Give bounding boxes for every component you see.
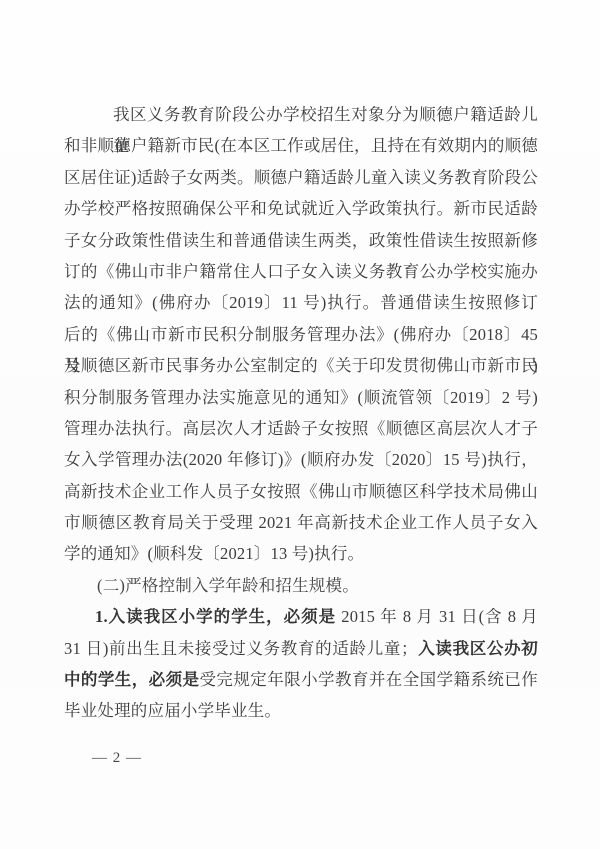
- text-segment: (二)严格控制入学年龄和招生规模。: [97, 576, 359, 595]
- text-line: 法的通知》(佛府办〔2019〕11 号)执行。普通借读生按照修订: [64, 287, 538, 318]
- text-segment: 办学校严格按照确保公平和免试就近入学政策执行。新市民适龄: [64, 199, 538, 218]
- text-line: 我区义务教育阶段公办学校招生对象分为顺德户籍适龄儿童: [64, 99, 538, 130]
- text-segment: 订的《佛山市非户籍常住人口子女入读义务教育公办学校实施办: [64, 262, 538, 281]
- document-body: 我区义务教育阶段公办学校招生对象分为顺德户籍适龄儿童和非顺德户籍新市民(在本区工…: [64, 99, 538, 727]
- text-segment: 市顺德区教育局关于受理 2021 年高新技术企业工作人员子女入: [64, 513, 538, 532]
- text-segment: 法的通知》(佛府办〔2019〕11 号)执行。普通借读生按照修订: [64, 293, 538, 312]
- text-line: 1.入读我区小学的学生，必须是 2015 年 8 月 31 日(含 8 月: [64, 601, 538, 632]
- text-segment: 受完规定年限小学教育并在全国学籍系统已作: [200, 670, 539, 689]
- bold-text-segment: 1.入读我区小学的学生，必须是: [95, 607, 336, 626]
- text-segment: 女入学管理办法(2020 年修订)》(顺府办发〔2020〕15 号)执行，: [64, 450, 538, 469]
- text-line: 女入学管理办法(2020 年修订)》(顺府办发〔2020〕15 号)执行，: [64, 444, 538, 475]
- text-line: (二)严格控制入学年龄和招生规模。: [64, 570, 538, 601]
- text-line: 后的《佛山市新市民积分制服务管理办法》(佛府办〔2018〕45 号): [64, 319, 538, 350]
- text-line: 订的《佛山市非户籍常住人口子女入读义务教育公办学校实施办: [64, 256, 538, 287]
- text-line: 学的通知》(顺科发〔2021〕13 号)执行。: [64, 538, 538, 569]
- text-line: 市顺德区教育局关于受理 2021 年高新技术企业工作人员子女入: [64, 507, 538, 538]
- text-line: 办学校严格按照确保公平和免试就近入学政策执行。新市民适龄: [64, 193, 538, 224]
- text-segment: 2015 年 8 月 31 日(含 8 月: [336, 607, 538, 626]
- text-segment: 及顺德区新市民事务办公室制定的《关于印发贯彻佛山市新市民: [64, 356, 538, 375]
- text-line: 中的学生，必须是受完规定年限小学教育并在全国学籍系统已作: [64, 664, 538, 695]
- text-line: 高新技术企业工作人员子女按照《佛山市顺德区科学技术局佛山: [64, 476, 538, 507]
- text-line: 管理办法执行。高层次人才适龄子女按照《顺德区高层次人才子: [64, 413, 538, 444]
- text-line: 31 日)前出生且未接受过义务教育的适龄儿童；入读我区公办初: [64, 633, 538, 664]
- text-segment: 管理办法执行。高层次人才适龄子女按照《顺德区高层次人才子: [64, 419, 538, 438]
- text-segment: 积分制服务管理办法实施意见的通知》(顺流管领〔2019〕2 号): [64, 388, 538, 407]
- text-segment: 高新技术企业工作人员子女按照《佛山市顺德区科学技术局佛山: [64, 482, 538, 501]
- text-segment: 学的通知》(顺科发〔2021〕13 号)执行。: [64, 544, 364, 563]
- text-line: 积分制服务管理办法实施意见的通知》(顺流管领〔2019〕2 号): [64, 382, 538, 413]
- text-line: 子女分政策性借读生和普通借读生两类，政策性借读生按照新修: [64, 225, 538, 256]
- text-segment: 31 日)前出生且未接受过义务教育的适龄儿童；: [64, 639, 418, 658]
- text-line: 区居住证)适龄子女两类。顺德户籍适龄儿童入读义务教育阶段公: [64, 162, 538, 193]
- bold-text-segment: 中的学生，必须是: [64, 670, 200, 689]
- bold-text-segment: 入读我区公办初: [418, 639, 538, 658]
- text-line: 和非顺德户籍新市民(在本区工作或居住，且持在有效期内的顺德: [64, 130, 538, 161]
- document-page: 我区义务教育阶段公办学校招生对象分为顺德户籍适龄儿童和非顺德户籍新市民(在本区工…: [0, 0, 600, 849]
- text-segment: 和非顺德户籍新市民(在本区工作或居住，且持在有效期内的顺德: [64, 136, 538, 155]
- text-segment: 毕业处理的应届小学毕业生。: [64, 701, 281, 720]
- text-segment: 区居住证)适龄子女两类。顺德户籍适龄儿童入读义务教育阶段公: [64, 168, 538, 187]
- page-number: — 2 —: [92, 750, 142, 767]
- text-line: 毕业处理的应届小学毕业生。: [64, 695, 538, 726]
- text-line: 及顺德区新市民事务办公室制定的《关于印发贯彻佛山市新市民: [64, 350, 538, 381]
- text-segment: 子女分政策性借读生和普通借读生两类，政策性借读生按照新修: [64, 231, 538, 250]
